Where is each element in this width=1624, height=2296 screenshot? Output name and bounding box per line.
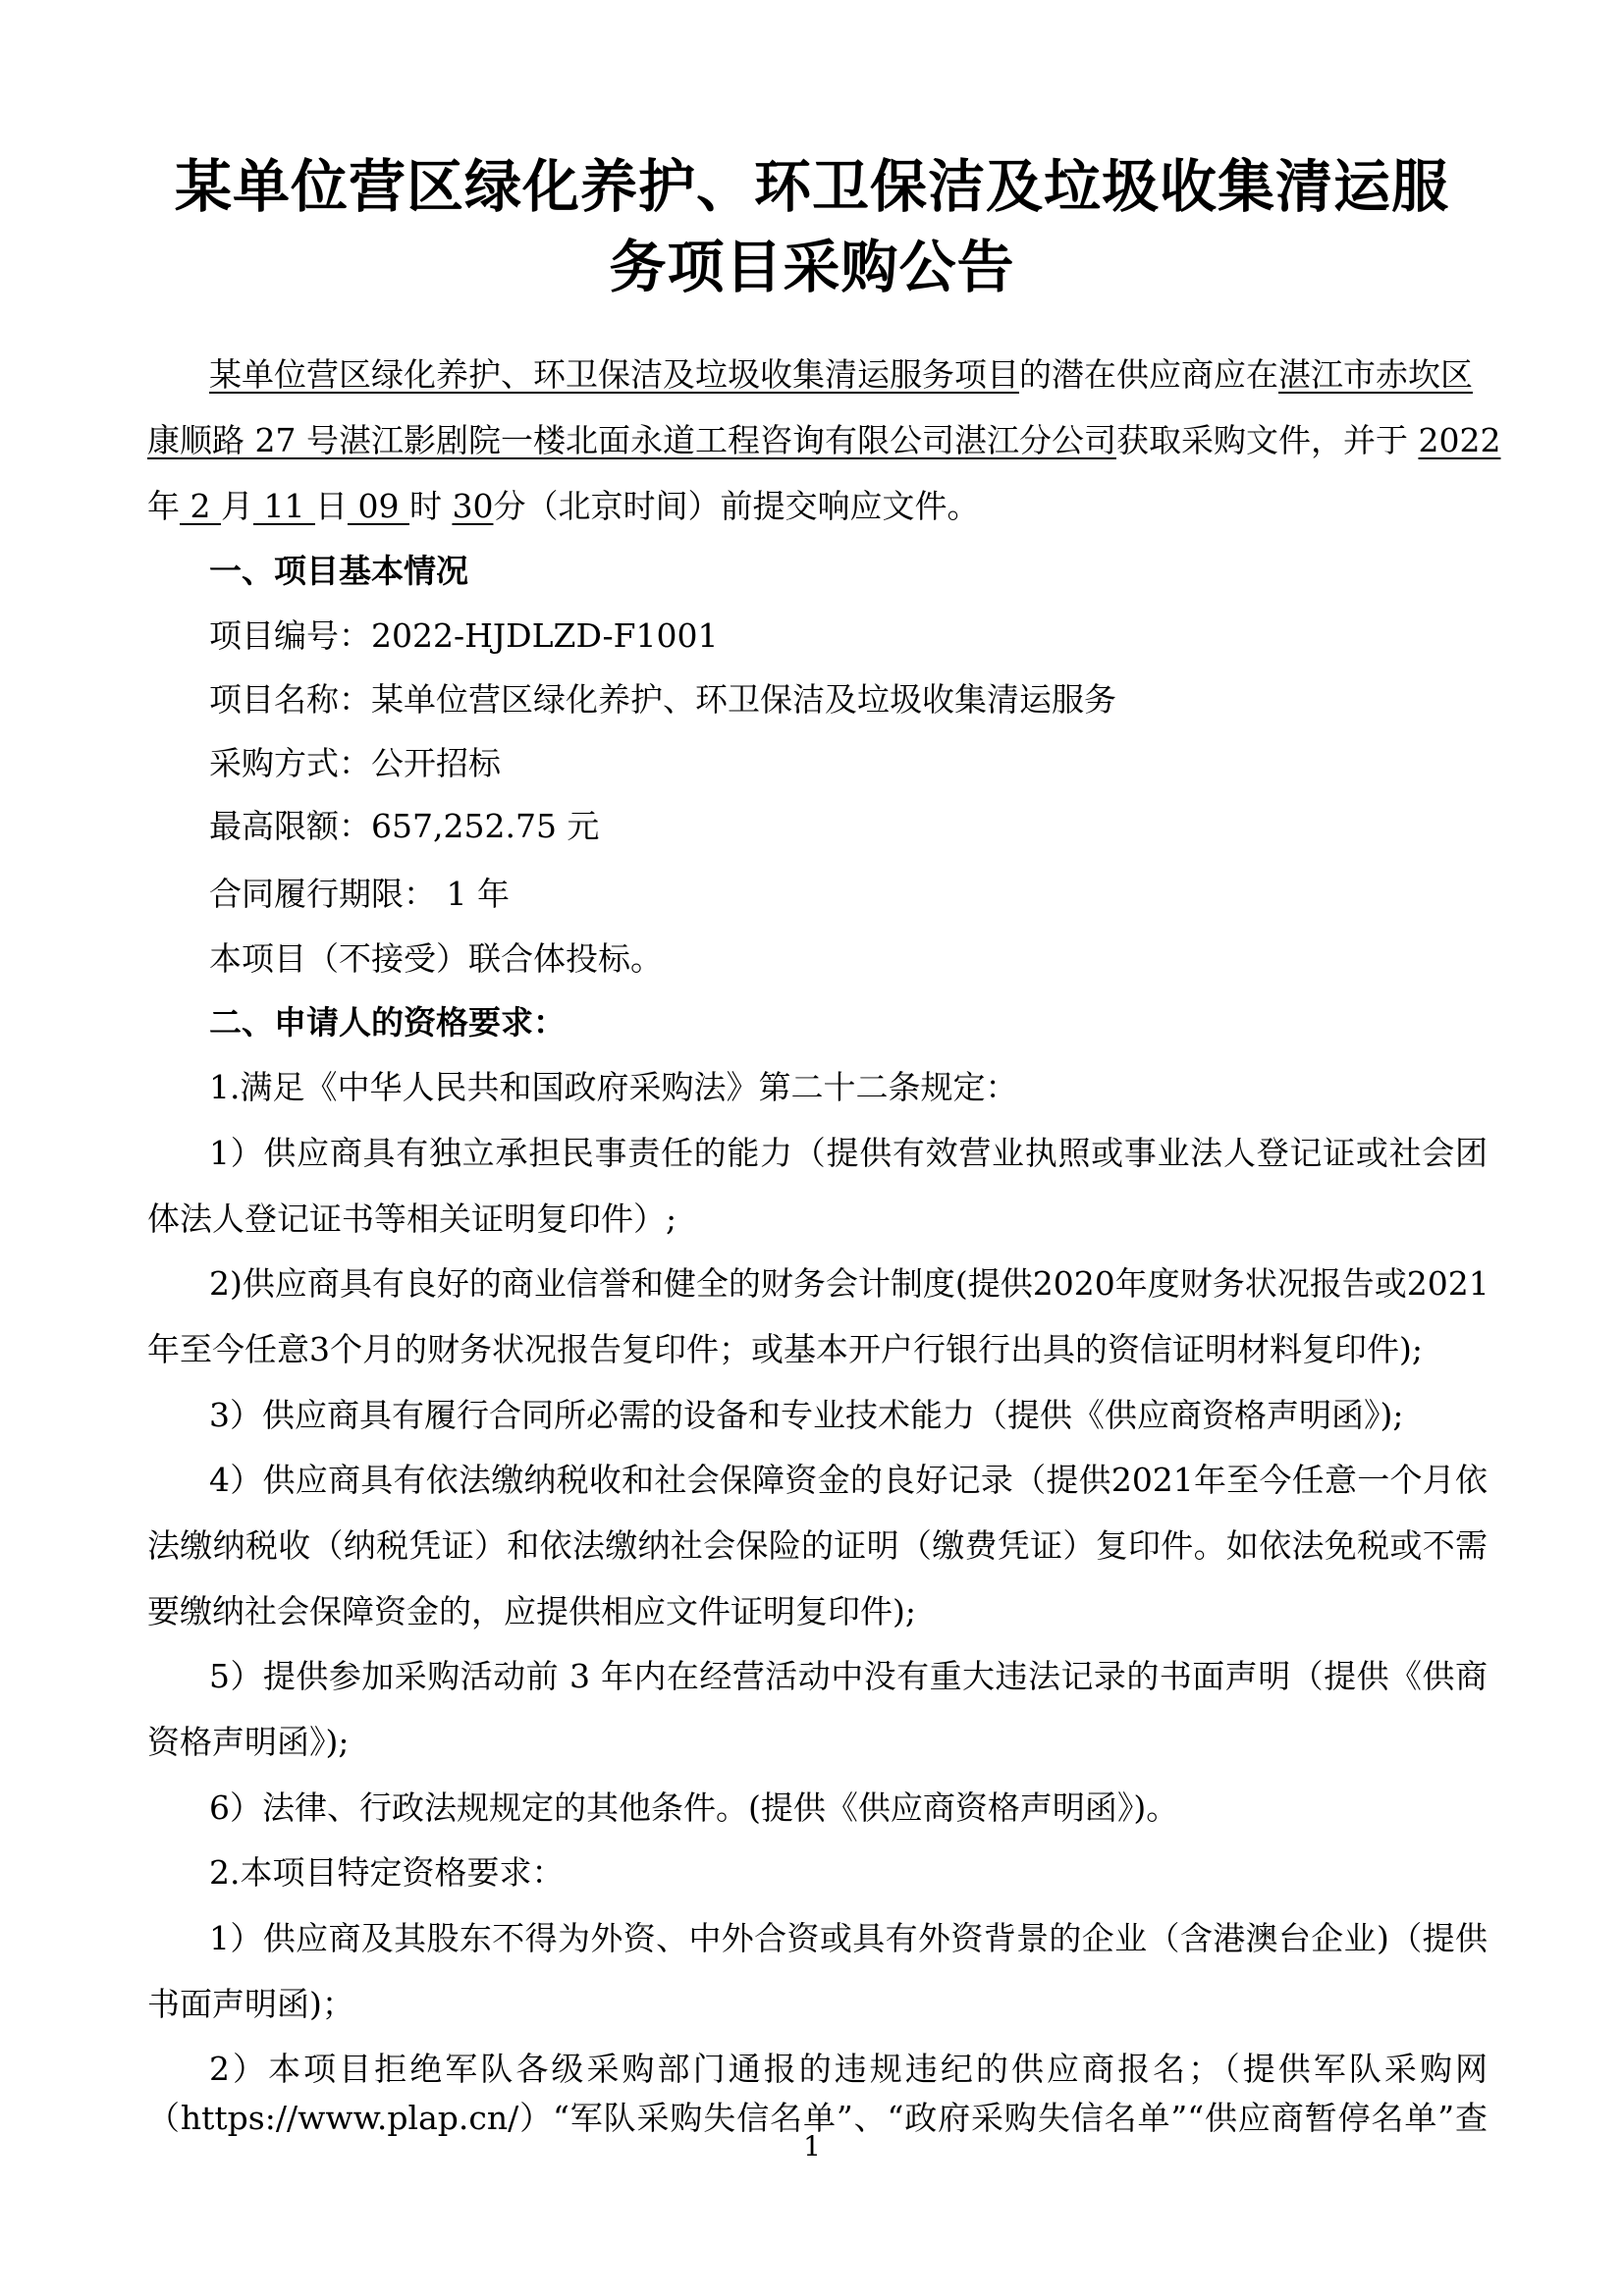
hour-label: 时	[409, 487, 453, 525]
field-procurement-method: 采购方式：公开招标	[209, 742, 1549, 785]
document-page: 某单位营区绿化养护、环卫保洁及垃圾收集清运服 务项目采购公告 某单位营区绿化养护…	[0, 0, 1624, 2296]
year-label: 年	[147, 487, 180, 525]
field-contract-period: 合同履行期限： 1 年	[209, 873, 1549, 916]
month-label: 月	[221, 487, 253, 525]
req-1-item-3: 3）供应商具有履行合同所必需的设备和专业技术能力（提供《供应商资格声明函》);	[209, 1394, 1549, 1437]
req-1-item-5-line-2: 资格声明函》);	[147, 1721, 1488, 1764]
intro-text: 分（北京时间）前提交响应文件。	[493, 487, 979, 525]
req-1-item-5-line-1: 5）提供参加采购活动前 3 年内在经营活动中没有重大违法记录的书面声明（提供《供…	[209, 1655, 1488, 1698]
intro-line-1: 某单位营区绿化养护、环卫保洁及垃圾收集清运服务项目的潜在供应商应在湛江市赤坎区	[209, 353, 1488, 397]
deadline-year: 2022	[1418, 421, 1500, 459]
intro-location-part2: 康顺路 27 号湛江影剧院一楼北面永道工程咨询有限公司湛江分公司	[147, 421, 1116, 459]
field-project-name: 项目名称：某单位营区绿化养护、环卫保洁及垃圾收集清运服务	[209, 678, 1549, 721]
field-project-number: 项目编号：2022-HJDLZD-F1001	[209, 614, 1549, 658]
deadline-day: 11	[253, 487, 315, 525]
intro-project-name: 某单位营区绿化养护、环卫保洁及垃圾收集清运服务项目	[209, 355, 1019, 394]
field-label: 项目名称：	[209, 680, 371, 719]
field-value: 公开招标	[371, 744, 501, 782]
field-label: 合同履行期限：	[209, 875, 436, 913]
field-value: 657,252.75 元	[371, 807, 599, 845]
intro-location-part1: 湛江市赤坎区	[1278, 355, 1473, 394]
req-1-item-4-line-1: 4）供应商具有依法缴纳税收和社会保障资金的良好记录（提供2021年至今任意一个月…	[209, 1459, 1488, 1502]
day-label: 日	[315, 487, 348, 525]
section-1-heading: 一、项目基本情况	[209, 550, 1549, 593]
intro-text: 获取采购文件，并于	[1116, 421, 1419, 459]
document-title-line-1: 某单位营区绿化养护、环卫保洁及垃圾收集清运服	[0, 147, 1624, 226]
section-2-heading: 二、申请人的资格要求：	[209, 1001, 1549, 1044]
field-value: 某单位营区绿化养护、环卫保洁及垃圾收集清运服务	[371, 680, 1116, 719]
consortium-note: 本项目（不接受）联合体投标。	[209, 937, 1549, 981]
document-title-line-2: 务项目采购公告	[0, 228, 1624, 306]
req-2-item-1-line-1: 1）供应商及其股东不得为外资、中外合资或具有外资背景的企业（含港澳台企业)（提供	[209, 1917, 1488, 1960]
field-value: 1 年	[436, 875, 510, 913]
req-1-heading: 1.满足《中华人民共和国政府采购法》第二十二条规定：	[209, 1066, 1549, 1109]
field-value: 2022-HJDLZD-F1001	[371, 616, 719, 655]
field-label: 采购方式：	[209, 744, 371, 782]
req-2-item-1-line-2: 书面声明函)；	[147, 1983, 1488, 2026]
req-1-item-4-line-3: 要缴纳社会保障资金的，应提供相应文件证明复印件);	[147, 1590, 1488, 1633]
deadline-minute: 30	[452, 487, 493, 525]
req-1-item-2-line-2: 年至今任意3个月的财务状况报告复印件；或基本开户行银行出具的资信证明材料复印件)…	[147, 1328, 1488, 1371]
req-1-item-1-line-1: 1）供应商具有独立承担民事责任的能力（提供有效营业执照或事业法人登记证或社会团	[209, 1132, 1488, 1175]
intro-line-3: 年 2 月 11 日 09 时 30分（北京时间）前提交响应文件。	[147, 485, 1488, 528]
page-number: 1	[0, 2130, 1624, 2163]
req-1-item-1-line-2: 体法人登记证书等相关证明复印件）;	[147, 1198, 1488, 1241]
intro-text: 的潜在供应商应在	[1019, 355, 1278, 394]
req-1-item-4-line-2: 法缴纳税收（纳税凭证）和依法缴纳社会保险的证明（缴费凭证）复印件。如依法免税或不…	[147, 1524, 1488, 1568]
req-2-item-2-line-1: 2）本项目拒绝军队各级采购部门通报的违规违纪的供应商报名；（提供军队采购网	[209, 2048, 1488, 2091]
field-label: 最高限额：	[209, 807, 371, 845]
deadline-month: 2	[180, 487, 221, 525]
field-max-limit: 最高限额：657,252.75 元	[209, 805, 1549, 848]
field-label: 项目编号：	[209, 616, 371, 655]
deadline-hour: 09	[348, 487, 409, 525]
req-1-item-2-line-1: 2)供应商具有良好的商业信誉和健全的财务会计制度(提供2020年度财务状况报告或…	[209, 1262, 1488, 1306]
req-1-item-6: 6）法律、行政法规规定的其他条件。(提供《供应商资格声明函》)。	[209, 1787, 1549, 1830]
intro-line-2: 康顺路 27 号湛江影剧院一楼北面永道工程咨询有限公司湛江分公司获取采购文件，并…	[147, 419, 1488, 462]
req-2-heading: 2.本项目特定资格要求：	[209, 1851, 1549, 1895]
